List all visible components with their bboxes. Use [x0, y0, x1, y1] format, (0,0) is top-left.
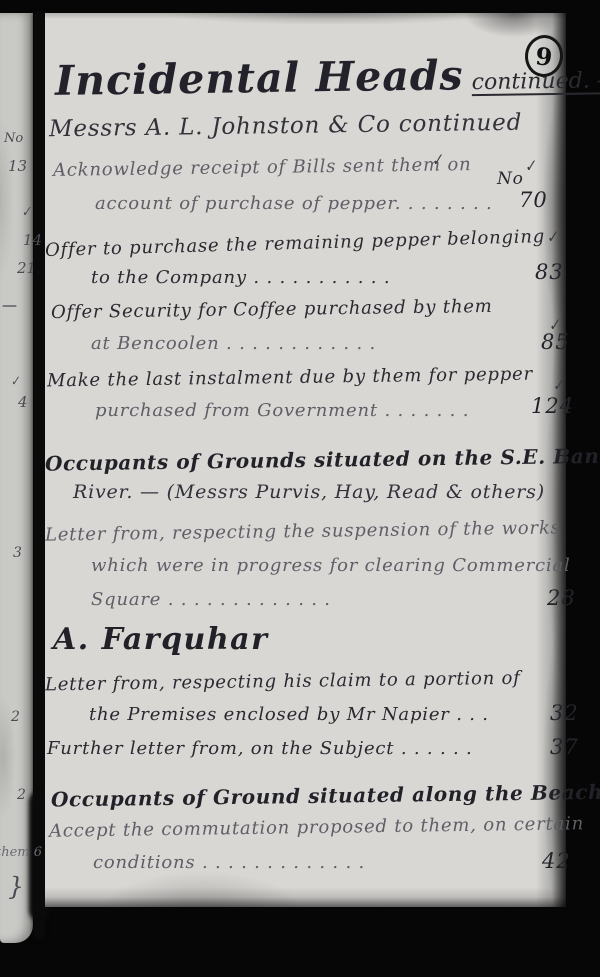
entry-line: Acknowledge receipt of Bills sent them o…	[53, 156, 472, 180]
margin-mark: —	[2, 296, 17, 314]
margin-mark: 2	[11, 709, 20, 725]
entry-line: to the Company . . . . . . . . . . .	[91, 269, 390, 287]
margin-mark: 2	[17, 787, 26, 803]
entry-line: purchased from Government . . . . . . .	[95, 402, 469, 420]
ref-column-label: No	[497, 171, 524, 188]
entry-ref-number: 32	[550, 703, 579, 724]
page-subtitle: Messrs A. L. Johnston & Co continued	[49, 112, 522, 142]
margin-mark: 3	[13, 545, 22, 561]
section-heading: A. Farquhar	[53, 625, 268, 655]
entry-ref-number: 85	[541, 332, 570, 353]
entry-line: Further letter from, on the Subject . . …	[47, 740, 473, 758]
margin-mark: }	[8, 872, 24, 901]
check-mark-icon: ✓	[544, 229, 560, 247]
entry-line: account of purchase of pepper. . . . . .…	[95, 195, 493, 213]
entry-line: Make the last instalment due by them for…	[47, 366, 533, 391]
margin-mark: 13	[8, 157, 27, 175]
entry-line: conditions . . . . . . . . . . . . .	[93, 854, 365, 872]
entry-line: Offer Security for Coffee purchased by t…	[51, 298, 493, 322]
entry-line: which were in progress for clearing Comm…	[91, 557, 571, 575]
section-heading-continuation: River. — (Messrs Purvis, Hay, Read & oth…	[73, 483, 545, 502]
margin-mark: 4	[18, 393, 28, 411]
margin-mark: them 6	[0, 845, 42, 860]
check-mark-icon: ✓	[429, 152, 445, 170]
section-heading: Occupants of Grounds situated on the S.E…	[45, 444, 600, 473]
entry-line: Accept the commutation proposed to them,…	[49, 815, 584, 840]
entry-line: the Premises enclosed by Mr Napier . . .	[89, 706, 489, 724]
margin-mark: 21	[17, 259, 36, 277]
entry-ref-number: 70	[519, 190, 548, 211]
margin-mark: No	[4, 131, 23, 146]
scanned-document: No 13 ✓ 14 21 — ✓ 4 3 2 2 them 6 } 9 Inc…	[0, 0, 600, 977]
entry-line: Square . . . . . . . . . . . . .	[91, 591, 331, 609]
page-title-suffix: continued. —	[472, 68, 600, 95]
entry-line: at Bencoolen . . . . . . . . . . . .	[91, 335, 376, 353]
page-title-main: Incidental Heads	[55, 51, 464, 105]
entry-ref-number: 37	[550, 737, 579, 758]
check-mark-icon: ✓	[522, 158, 538, 176]
section-heading: Occupants of Ground situated along the B…	[51, 780, 600, 809]
entry-line: Letter from, respecting the suspension o…	[45, 519, 561, 544]
entry-ref-number: 83	[535, 262, 564, 283]
entry-line: Letter from, respecting his claim to a p…	[45, 670, 521, 695]
binding-gutter	[34, 11, 45, 939]
manuscript-page: 9 Incidental Headscontinued. — Messrs A.…	[45, 13, 566, 907]
entry-line: Offer to purchase the remaining pepper b…	[45, 228, 545, 260]
entry-ref-number: 28	[547, 588, 576, 609]
page-title: Incidental Headscontinued. —	[55, 49, 600, 105]
margin-mark: 14	[23, 231, 42, 249]
entry-ref-number: 124	[531, 396, 574, 417]
check-mark-icon: ✓	[550, 377, 566, 395]
entry-ref-number: 42	[542, 851, 571, 872]
